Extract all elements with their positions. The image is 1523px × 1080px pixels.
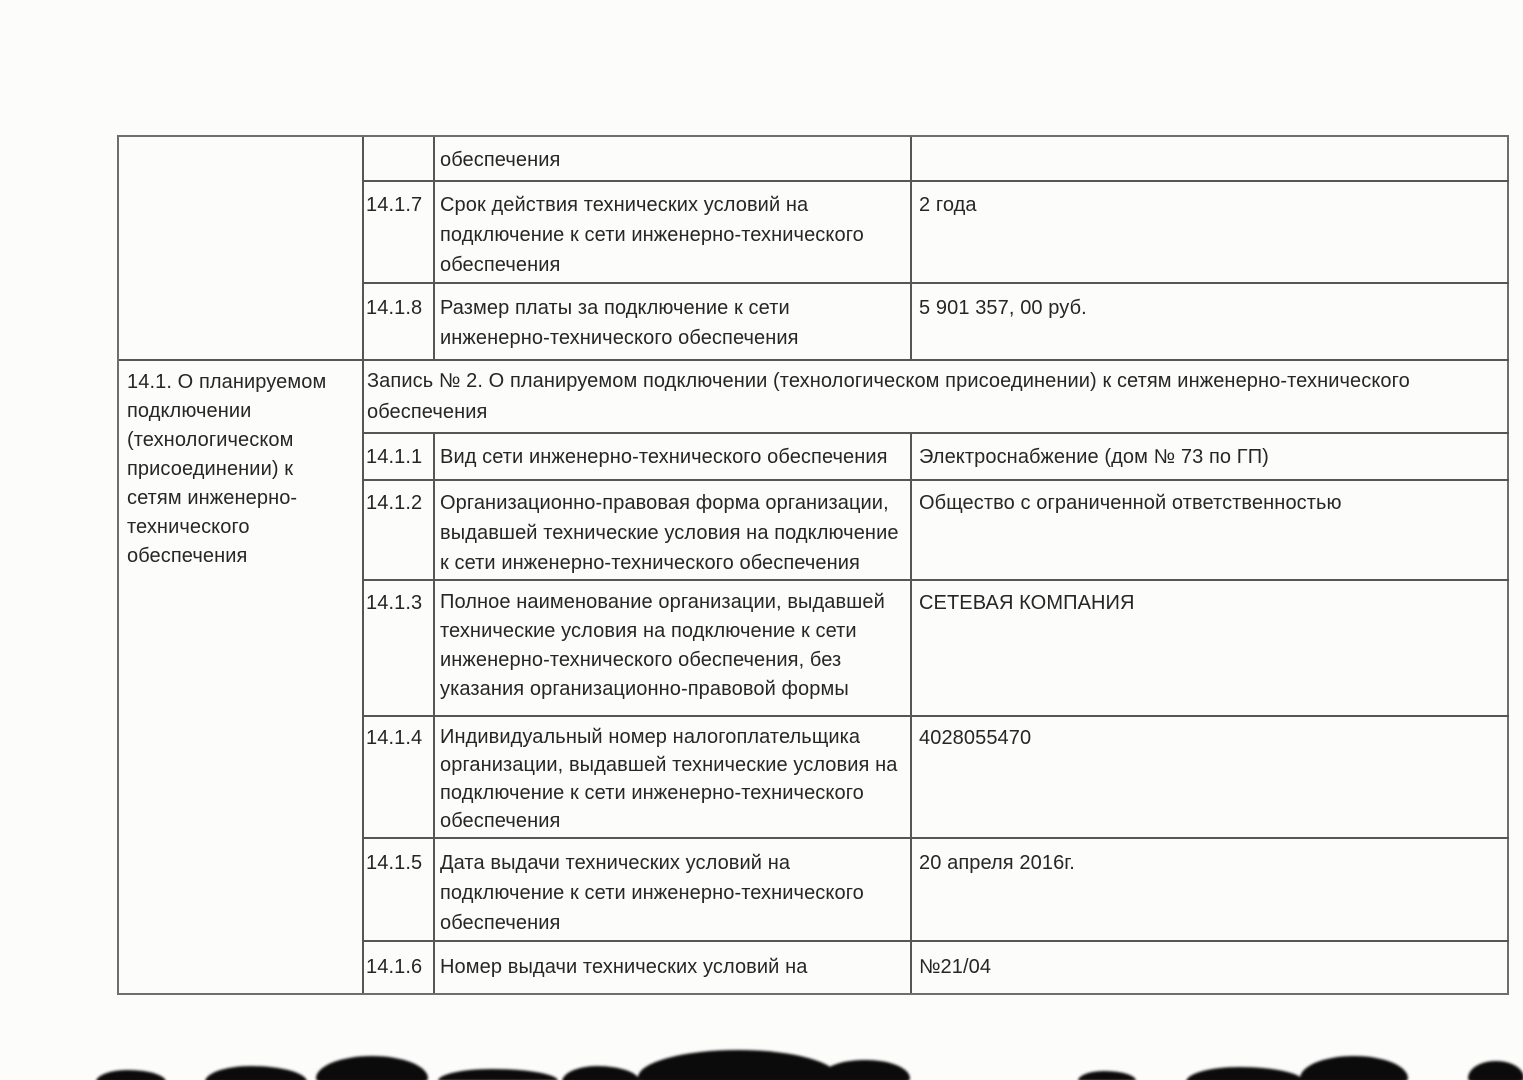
- ink-smudge: [1300, 1056, 1408, 1080]
- ink-smudge: [438, 1069, 558, 1080]
- ink-smudge: [638, 1050, 838, 1080]
- ink-smudge: [820, 1060, 910, 1080]
- ink-smudge: [316, 1056, 428, 1080]
- scanner-ink-marks: [0, 0, 1523, 1080]
- ink-smudge: [96, 1070, 166, 1080]
- scanned-page: обеспечения 14.1.7 Срок действия техниче…: [0, 0, 1523, 1080]
- ink-smudge: [1468, 1061, 1523, 1080]
- ink-smudge: [205, 1066, 307, 1080]
- ink-smudge: [1186, 1067, 1304, 1080]
- ink-smudge: [562, 1066, 640, 1080]
- ink-smudge: [1078, 1071, 1136, 1080]
